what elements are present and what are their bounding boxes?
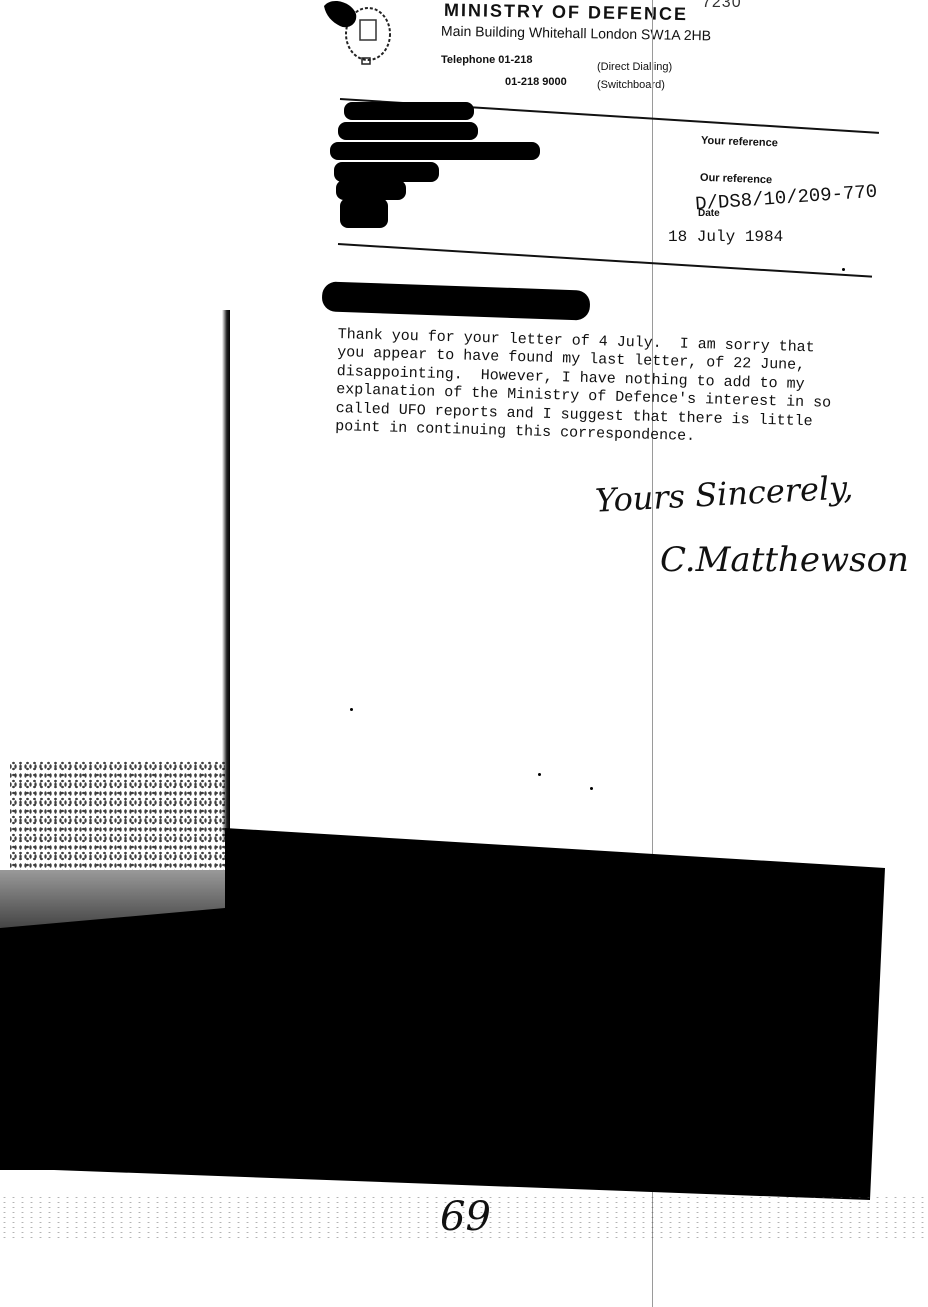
file-reference: 7230 (702, 0, 742, 12)
scan-black-area-left (0, 870, 230, 1170)
organisation-address: Main Building Whitehall London SW1A 2HB (441, 23, 711, 44)
telephone-switchboard-number: 01-218 9000 (505, 76, 567, 88)
scan-speck (842, 268, 845, 271)
your-reference-label: Your reference (701, 135, 778, 150)
our-reference-label: Our reference (700, 172, 773, 187)
valediction: Yours Sincerely, (594, 468, 854, 519)
redacted-salutation (322, 281, 591, 320)
letter-date: 18 July 1984 (668, 228, 783, 246)
scan-noise (10, 760, 225, 870)
date-label: Date (698, 208, 720, 219)
telephone-label: Telephone 01-218 (441, 54, 533, 66)
signature: C.Matthewson (660, 540, 909, 580)
address-rule (338, 243, 872, 278)
letter-body: Thank you for your letter of 4 July. I a… (335, 326, 898, 452)
scan-speck (350, 708, 353, 711)
switchboard-label: (Switchboard) (597, 79, 665, 91)
scan-speck (590, 787, 593, 790)
direct-dialling-label: (Direct Dialling) (597, 61, 672, 73)
scan-speck (538, 773, 541, 776)
our-reference-value: D/DS8/10/209-770 (694, 181, 878, 216)
page-number: 69 (440, 1194, 491, 1240)
royal-crest-icon (322, 0, 394, 66)
